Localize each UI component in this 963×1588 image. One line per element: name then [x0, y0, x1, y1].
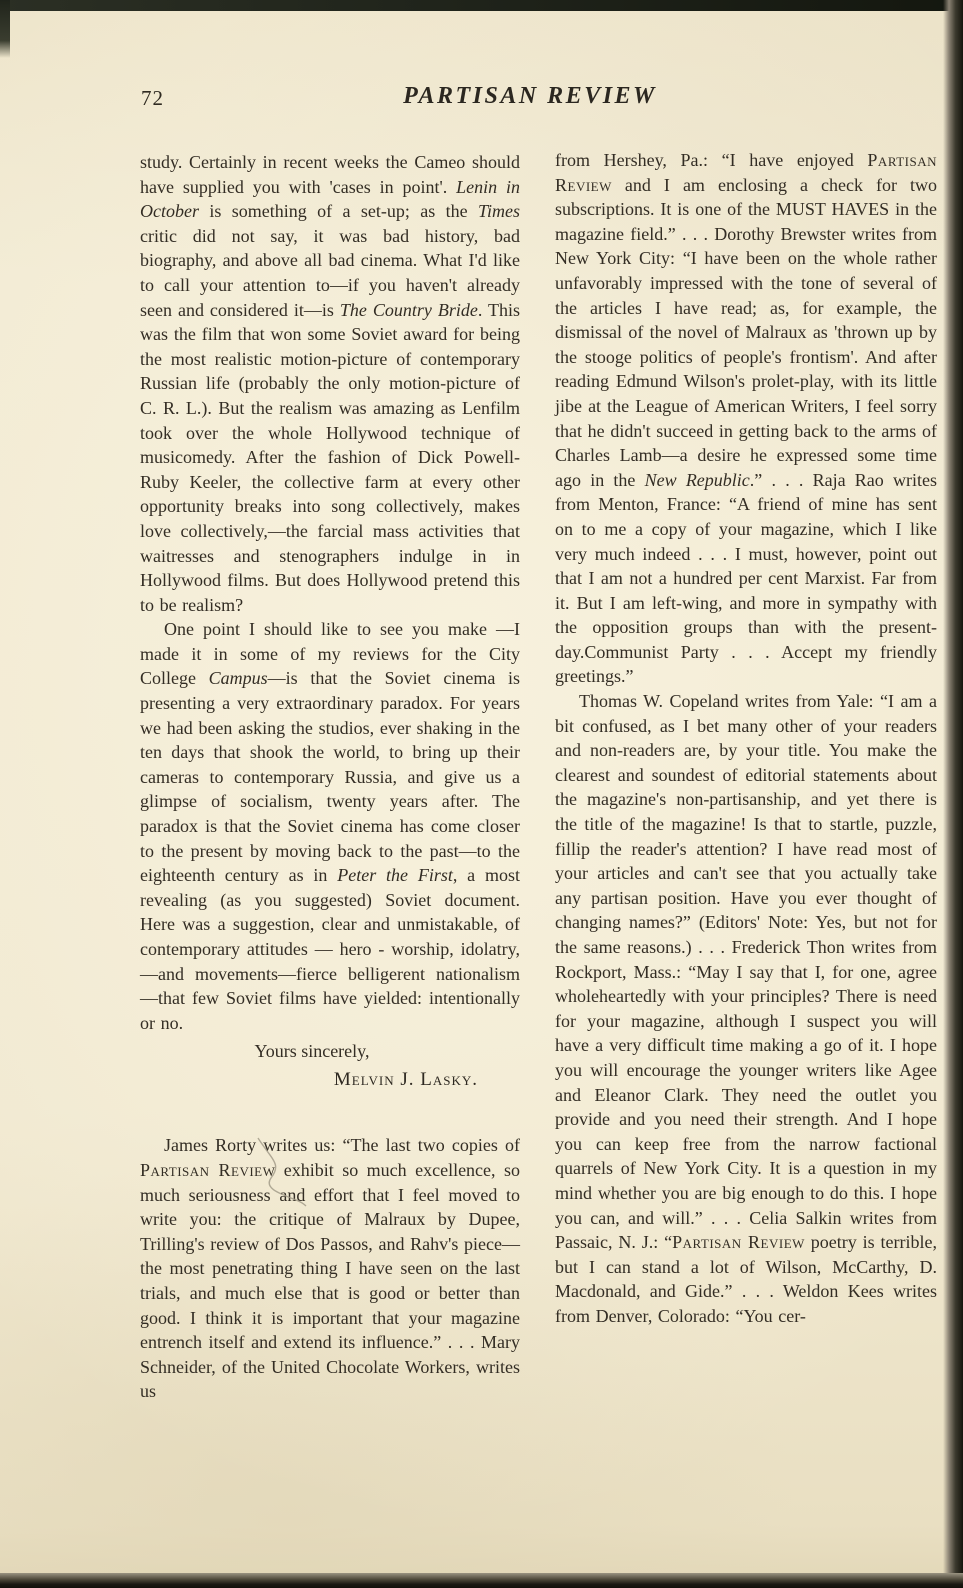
smallcaps-text: Partisan Review [140, 1160, 275, 1180]
scan-edge-bottom [0, 1573, 963, 1588]
smallcaps-text: Partisan Review [672, 1232, 805, 1252]
italic-text: New Republic [645, 470, 750, 490]
italic-text: The Country Bride [340, 300, 478, 320]
paragraph: from Hershey, Pa.: “I have enjoyed Parti… [555, 148, 937, 689]
scan-edge-top [0, 0, 963, 11]
italic-text: Peter the First [337, 865, 453, 885]
column-right: from Hershey, Pa.: “I have enjoyed Parti… [555, 148, 937, 1329]
paragraph: Thomas W. Copeland writes from Yale: “I … [555, 689, 937, 1328]
scan-edge-corner [0, 0, 10, 58]
journal-title: PARTISAN REVIEW [0, 83, 963, 110]
column-left: study. Certainly in recent weeks the Cam… [140, 150, 520, 1404]
italic-text: Times [478, 201, 520, 221]
letter-signature: Melvin J. Lasky. [140, 1069, 520, 1091]
italic-text: Campus [209, 668, 268, 688]
text-run: from Hershey, Pa.: “I have enjoyed [555, 150, 867, 170]
text-run: is something of a set-up; as the [199, 201, 478, 221]
paragraph: One point I should like to see you make … [140, 617, 520, 1035]
text-run: —is that the Soviet cinema is presenting… [140, 668, 520, 885]
magazine-page: 72 PARTISAN REVIEW study. Certainly in r… [0, 0, 963, 1588]
text-run: Thomas W. Copeland writes from Yale: “I … [555, 691, 937, 1252]
letter-closing: Yours sincerely, [140, 1041, 484, 1062]
text-run: . This was the film that won some Soviet… [140, 300, 520, 615]
paragraph: James Rorty writes us: “The last two cop… [140, 1133, 520, 1404]
text-run: .” . . . Raja Rao writes from Menton, Fr… [555, 470, 937, 687]
text-run: James Rorty writes us: “The last two cop… [164, 1135, 520, 1155]
text-run: exhibit so much excellence, so much seri… [140, 1160, 520, 1401]
scan-edge-right [943, 0, 963, 1588]
text-run: , a most revealing (as you suggested) So… [140, 865, 520, 1033]
text-run: and I am enclosing a check for two subsc… [555, 175, 937, 490]
paragraph: study. Certainly in recent weeks the Cam… [140, 150, 520, 617]
